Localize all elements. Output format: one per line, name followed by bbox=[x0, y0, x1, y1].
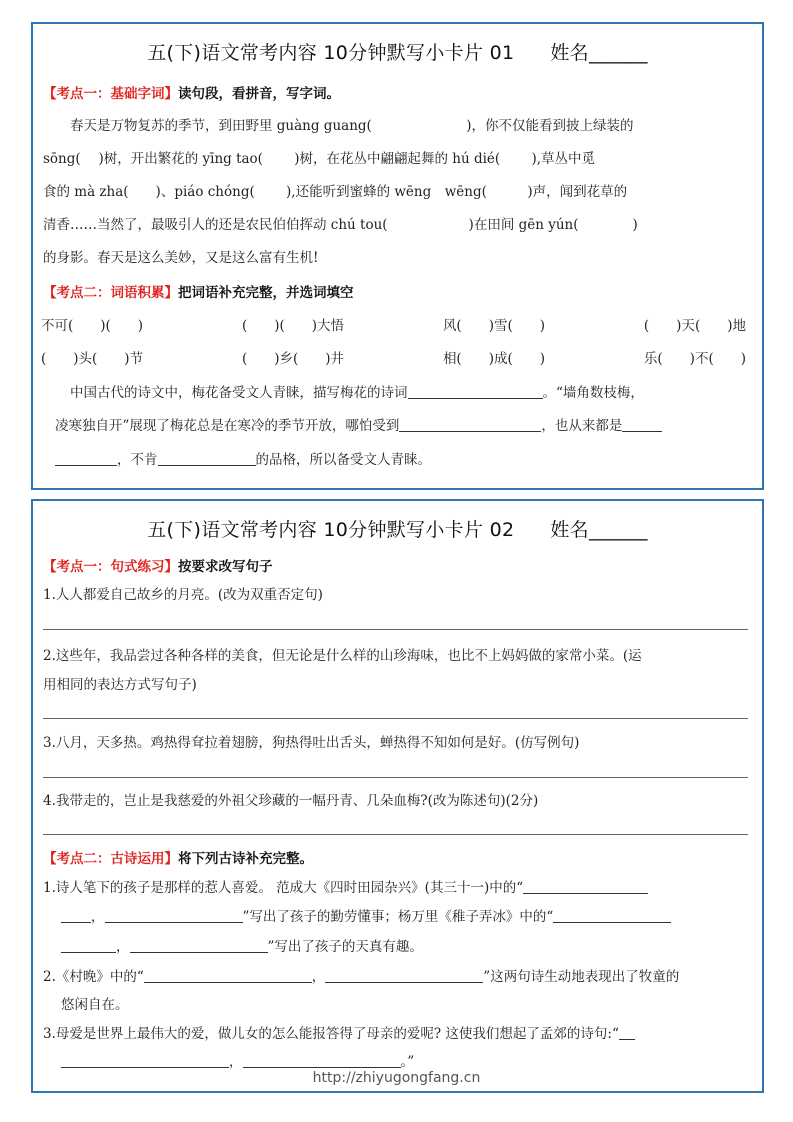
section-instruction: 读句段，看拼音，写字词。 bbox=[178, 86, 340, 102]
answer-blank[interactable] bbox=[325, 969, 483, 983]
pinyin-passage-line: 清香……当然了，最吸引人的还是农民伯伯挥动 chú tou( )在田间 gēn … bbox=[43, 215, 750, 235]
question-text: ”写出了孩子的勤劳懂事；杨万里《稚子弄冰》中的“ bbox=[243, 909, 554, 925]
question-text: ， bbox=[91, 909, 105, 925]
poem-question-2: 2.《村晚》中的“，”这两句诗生动地表现出了牧童的 bbox=[43, 967, 750, 987]
answer-blank[interactable] bbox=[130, 939, 268, 953]
answer-blank[interactable] bbox=[61, 939, 116, 953]
answer-line[interactable] bbox=[43, 718, 748, 719]
answer-blank[interactable] bbox=[619, 1026, 635, 1040]
section-header-sentence-practice: 【考点一：句式练习】按要求改写句子 bbox=[43, 557, 750, 577]
section-header-basic-words: 【考点一：基础字词】读句段，看拼音，写字词。 bbox=[43, 84, 750, 104]
answer-blank[interactable] bbox=[144, 969, 312, 983]
idiom-row: ( )头( )节 ( )乡( )井 相( )成( ) 乐( )不( ) bbox=[41, 349, 746, 369]
question-2-text-cont: 用相同的表达方式写句子) bbox=[43, 675, 750, 695]
idiom-blank[interactable]: 不可( )( ) bbox=[41, 316, 143, 336]
fill-in-paragraph-line: ，不肯的品格，所以备受文人青睐。 bbox=[55, 450, 750, 470]
question-text: ， bbox=[312, 969, 326, 985]
answer-line[interactable] bbox=[43, 834, 748, 835]
fill-in-paragraph-line: 凌寒独自开”展现了梅花总是在寒冷的季节开放，哪怕受到，也从来都是 bbox=[55, 416, 750, 436]
section-instruction: 把词语补充完整，并选词填空 bbox=[178, 285, 354, 301]
answer-blank[interactable] bbox=[622, 418, 662, 432]
pinyin-passage-line: 春天是万物复苏的季节，到田野里 guàng guang( )，你不仅能看到披上绿… bbox=[43, 116, 750, 136]
section-header-ancient-poetry: 【考点二：古诗运用】将下列古诗补充完整。 bbox=[43, 849, 750, 869]
idiom-blank[interactable]: ( )天( )地 bbox=[644, 316, 746, 336]
answer-blank[interactable] bbox=[553, 909, 671, 923]
answer-blank[interactable] bbox=[55, 452, 117, 466]
answer-line[interactable] bbox=[43, 777, 748, 778]
question-2-text: 2.这些年，我品尝过各种各样的美食，但无论是什么样的山珍海味，也比不上妈妈做的家… bbox=[43, 646, 750, 666]
idiom-blank[interactable]: ( )( )大悟 bbox=[242, 316, 344, 336]
section-instruction: 按要求改写句子 bbox=[178, 559, 273, 575]
pinyin-passage-line: 食的 mà zha( )、piáo chóng( ),还能听到蜜蜂的 wēng … bbox=[43, 182, 750, 202]
answer-blank[interactable] bbox=[158, 452, 256, 466]
answer-blank[interactable] bbox=[243, 1054, 401, 1068]
paragraph-text: ，不肯 bbox=[117, 452, 158, 468]
section-tag: 【考点二：词语积累】 bbox=[43, 285, 178, 301]
question-text: ， bbox=[116, 939, 130, 955]
poem-question-3-cont: ，。” bbox=[61, 1052, 750, 1072]
answer-blank[interactable] bbox=[61, 909, 91, 923]
section-header-vocabulary: 【考点二：词语积累】把词语补充完整，并选词填空 bbox=[43, 283, 750, 303]
poem-question-2-cont: 悠闲自在。 bbox=[61, 995, 750, 1015]
card-title: 五(下)语文常考内容 10分钟默写小卡片 02姓名______ bbox=[33, 515, 762, 542]
question-text: 1.诗人笔下的孩子是那样的惹人喜爱。 范成大《四时田园杂兴》(其三十一)中的“ bbox=[43, 880, 523, 896]
fill-in-paragraph-line: 中国古代的诗文中，梅花备受文人青睐，描写梅花的诗词。“墙角数枝梅， bbox=[43, 383, 750, 403]
question-1-text: 1.人人都爱自己故乡的月亮。(改为双重否定句) bbox=[43, 585, 750, 605]
poem-question-3: 3.母爱是世界上最伟大的爱，做儿女的怎么能报答得了母亲的爱呢? 这使我们想起了孟… bbox=[43, 1024, 750, 1044]
paragraph-text: 的品格，所以备受文人青睐。 bbox=[256, 452, 432, 468]
dictation-card-02: 五(下)语文常考内容 10分钟默写小卡片 02姓名______ 【考点一：句式练… bbox=[31, 499, 764, 1093]
question-4-text: 4.我带走的，岂止是我慈爱的外祖父珍藏的一幅丹青、几朵血梅?(改为陈述句)(2分… bbox=[43, 791, 750, 811]
poem-question-1-cont: ，”写出了孩子的勤劳懂事；杨万里《稚子弄冰》中的“ bbox=[61, 907, 750, 927]
answer-blank[interactable] bbox=[523, 880, 648, 894]
question-text: ”这两句诗生动地表现出了牧童的 bbox=[483, 969, 679, 985]
question-text: ， bbox=[229, 1054, 243, 1070]
answer-blank[interactable] bbox=[399, 418, 541, 432]
pinyin-passage-line: sōng( )树，开出繁花的 yīng tao( )树，在花丛中翩翩起舞的 hú… bbox=[43, 149, 750, 169]
idiom-blank[interactable]: 相( )成( ) bbox=[443, 349, 545, 369]
paragraph-text: 中国古代的诗文中，梅花备受文人青睐，描写梅花的诗词 bbox=[43, 385, 408, 401]
idiom-blank[interactable]: ( )乡( )井 bbox=[242, 349, 344, 369]
footer-url: http://zhiyugongfang.cn bbox=[0, 1070, 793, 1086]
poem-question-1: 1.诗人笔下的孩子是那样的惹人喜爱。 范成大《四时田园杂兴》(其三十一)中的“ bbox=[43, 878, 750, 898]
card-title-text: 五(下)语文常考内容 10分钟默写小卡片 02 bbox=[147, 519, 514, 541]
idiom-blank[interactable]: 风( )雪( ) bbox=[443, 316, 545, 336]
answer-line[interactable] bbox=[43, 629, 748, 630]
section-tag: 【考点一：基础字词】 bbox=[43, 86, 178, 102]
paragraph-text: 凌寒独自开”展现了梅花总是在寒冷的季节开放，哪怕受到 bbox=[55, 418, 399, 434]
section-tag: 【考点一：句式练习】 bbox=[43, 559, 178, 575]
section-tag: 【考点二：古诗运用】 bbox=[43, 851, 178, 867]
question-text: 3.母爱是世界上最伟大的爱，做儿女的怎么能报答得了母亲的爱呢? 这使我们想起了孟… bbox=[43, 1026, 619, 1042]
pinyin-passage-line: 的身影。春天是这么美妙，又是这么富有生机! bbox=[43, 248, 750, 268]
question-text: 2.《村晚》中的“ bbox=[43, 969, 144, 985]
idiom-row: 不可( )( ) ( )( )大悟 风( )雪( ) ( )天( )地 bbox=[41, 316, 746, 336]
question-text: ”写出了孩子的天真有趣。 bbox=[268, 939, 423, 955]
question-3-text: 3.八月，天多热。鸡热得耷拉着翅膀，狗热得吐出舌头，蝉热得不知如何是好。(仿写例… bbox=[43, 733, 750, 753]
name-field-label[interactable]: 姓名______ bbox=[550, 42, 647, 64]
idiom-blank[interactable]: 乐( )不( ) bbox=[644, 349, 746, 369]
card-title: 五(下)语文常考内容 10分钟默写小卡片 01姓名______ bbox=[33, 38, 762, 65]
card-title-text: 五(下)语文常考内容 10分钟默写小卡片 01 bbox=[147, 42, 514, 64]
paragraph-text: ，也从来都是 bbox=[541, 418, 622, 434]
answer-blank[interactable] bbox=[408, 385, 543, 399]
poem-question-1-cont: ，”写出了孩子的天真有趣。 bbox=[61, 937, 750, 957]
paragraph-text: 。“墙角数枝梅， bbox=[543, 385, 644, 401]
answer-blank[interactable] bbox=[105, 909, 243, 923]
dictation-card-01: 五(下)语文常考内容 10分钟默写小卡片 01姓名______ 【考点一：基础字… bbox=[31, 22, 764, 490]
question-text: 。” bbox=[401, 1054, 415, 1070]
answer-blank[interactable] bbox=[61, 1054, 229, 1068]
section-instruction: 将下列古诗补充完整。 bbox=[178, 851, 313, 867]
name-field-label[interactable]: 姓名______ bbox=[550, 519, 647, 541]
idiom-blank[interactable]: ( )头( )节 bbox=[41, 349, 143, 369]
